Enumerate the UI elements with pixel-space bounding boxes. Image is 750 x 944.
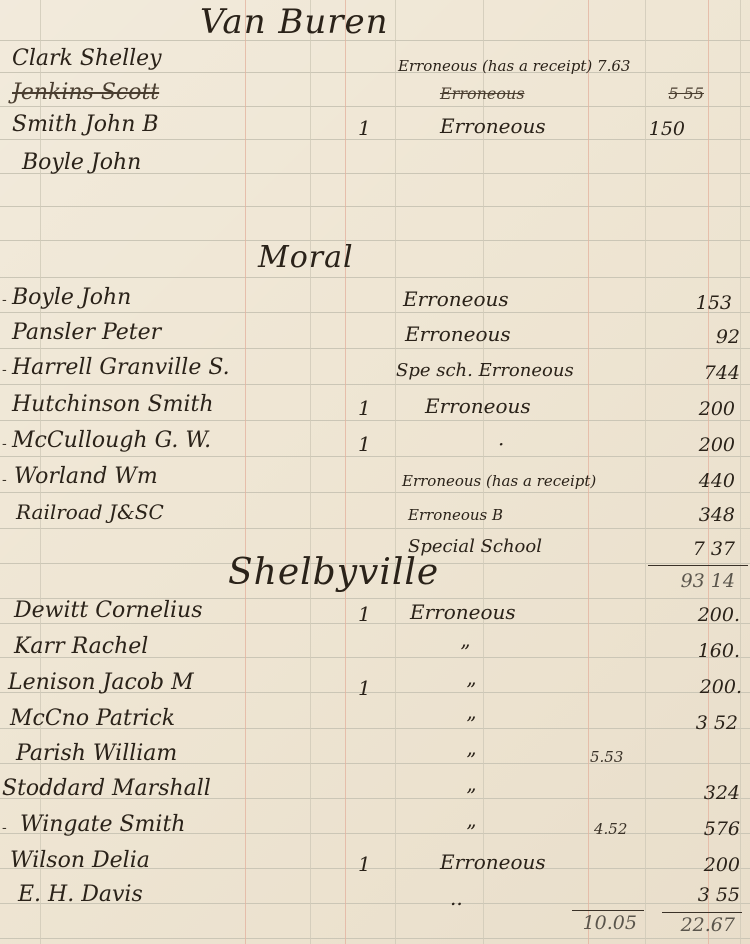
margin-mark: - xyxy=(2,362,7,378)
reason: Erroneous xyxy=(440,84,525,103)
column-line xyxy=(645,0,646,944)
taxpayer-name: McCno Patrick xyxy=(10,706,175,731)
amount: 3 55 xyxy=(660,884,740,906)
taxpayer-name: Pansler Peter xyxy=(12,320,161,345)
section-title: Moral xyxy=(258,240,354,275)
rule-line xyxy=(0,938,750,939)
amount: 200. xyxy=(662,676,742,698)
taxpayer-name: Railroad J&SC xyxy=(16,500,164,524)
reason: Erroneous xyxy=(405,322,511,346)
aside-total-rule xyxy=(572,910,644,911)
reason: Erroneous B xyxy=(408,506,503,524)
rule-line xyxy=(0,528,750,529)
reason: Erroneous xyxy=(403,287,509,311)
amount: 324 xyxy=(660,782,740,804)
column-line xyxy=(345,0,346,944)
tally-mark: 1 xyxy=(358,116,371,140)
tally-mark: 1 xyxy=(358,396,371,420)
taxpayer-name: Karr Rachel xyxy=(14,634,148,659)
amount: 440 xyxy=(655,470,735,492)
taxpayer-name: McCullough G. W. xyxy=(12,428,211,453)
amount-total-rule xyxy=(662,912,742,913)
ditto-mark: ” xyxy=(466,712,476,736)
taxpayer-name: Parish William xyxy=(16,741,177,766)
reason: Erroneous xyxy=(410,600,516,624)
tally-mark: 1 xyxy=(358,852,371,876)
amount: 200. xyxy=(660,604,740,626)
tally-mark: 1 xyxy=(358,432,371,456)
ditto-mark: ” xyxy=(460,640,470,664)
rule-line xyxy=(0,456,750,457)
side-amount: 5.53 xyxy=(590,748,623,766)
reason: Erroneous (has a receipt) 7.63 xyxy=(398,57,630,75)
section-title: Shelbyville xyxy=(228,552,439,593)
amount: 150 xyxy=(605,118,685,140)
rule-line xyxy=(0,623,750,624)
amount: 153 xyxy=(652,292,732,314)
amount: 200 xyxy=(655,434,735,456)
subtotal-rule xyxy=(648,565,748,566)
amount: 160. xyxy=(660,640,740,662)
rule-line xyxy=(0,72,750,73)
rule-line xyxy=(0,492,750,493)
margin-mark: - xyxy=(2,436,7,452)
ditto-mark: ” xyxy=(466,748,476,772)
rule-line xyxy=(0,348,750,349)
ditto-mark: ” xyxy=(466,678,476,702)
margin-mark: - xyxy=(2,292,7,308)
tally-mark: 1 xyxy=(358,676,371,700)
amount: 200 xyxy=(655,398,735,420)
rule-line xyxy=(0,240,750,241)
taxpayer-name: Boyle John xyxy=(22,150,141,175)
amount: 7 37 xyxy=(655,538,735,560)
column-line xyxy=(245,0,246,944)
reason: Erroneous xyxy=(440,114,546,138)
taxpayer-name: Smith John B xyxy=(12,112,159,137)
taxpayer-name: Lenison Jacob M xyxy=(8,670,194,695)
reason: Spe sch. Erroneous xyxy=(396,360,574,381)
taxpayer-name: Dewitt Cornelius xyxy=(14,598,203,623)
taxpayer-name: Stoddard Marshall xyxy=(2,776,211,801)
rule-line xyxy=(0,420,750,421)
taxpayer-name: Harrell Granville S. xyxy=(12,355,230,380)
side-amount: 4.52 xyxy=(594,820,627,838)
amount: 576 xyxy=(660,818,740,840)
taxpayer-name: Jenkins Scott xyxy=(12,80,159,105)
reason: Erroneous xyxy=(425,394,531,418)
taxpayer-name: Clark Shelley xyxy=(12,46,162,71)
column-line xyxy=(310,0,311,944)
taxpayer-name: Worland Wm xyxy=(14,464,158,489)
rule-line xyxy=(0,312,750,313)
rule-line xyxy=(0,384,750,385)
column-line xyxy=(395,0,396,944)
ditto-mark: ” xyxy=(466,784,476,808)
reason: Erroneous xyxy=(440,850,546,874)
ditto-mark: .. xyxy=(450,886,463,910)
taxpayer-name: Wilson Delia xyxy=(10,848,150,873)
tally-mark: 1 xyxy=(358,602,371,626)
rule-line xyxy=(0,277,750,278)
taxpayer-name: Wingate Smith xyxy=(20,812,185,837)
ditto-mark: ” xyxy=(466,820,476,844)
reason: · xyxy=(498,432,504,456)
subtotal: 93 14 xyxy=(655,570,735,592)
amount: 92 xyxy=(660,326,740,348)
amount: 200 xyxy=(660,854,740,876)
rule-line xyxy=(0,106,750,107)
taxpayer-name: E. H. Davis xyxy=(18,882,143,907)
amount: 348 xyxy=(655,504,735,526)
taxpayer-name: Boyle John xyxy=(12,285,131,310)
margin-mark: - xyxy=(2,820,7,836)
amount: 5 55 xyxy=(624,84,704,103)
amount: 3 52 xyxy=(658,712,738,734)
amount-total: 22.67 xyxy=(655,914,735,936)
margin-mark: - xyxy=(2,472,7,488)
rule-line xyxy=(0,206,750,207)
section-title: Van Buren xyxy=(200,2,389,42)
taxpayer-name: Hutchinson Smith xyxy=(12,392,214,417)
aside-total: 10.05 xyxy=(565,912,637,934)
reason: Erroneous (has a receipt) xyxy=(402,472,596,490)
amount: 744 xyxy=(660,362,740,384)
column-line xyxy=(740,0,741,944)
